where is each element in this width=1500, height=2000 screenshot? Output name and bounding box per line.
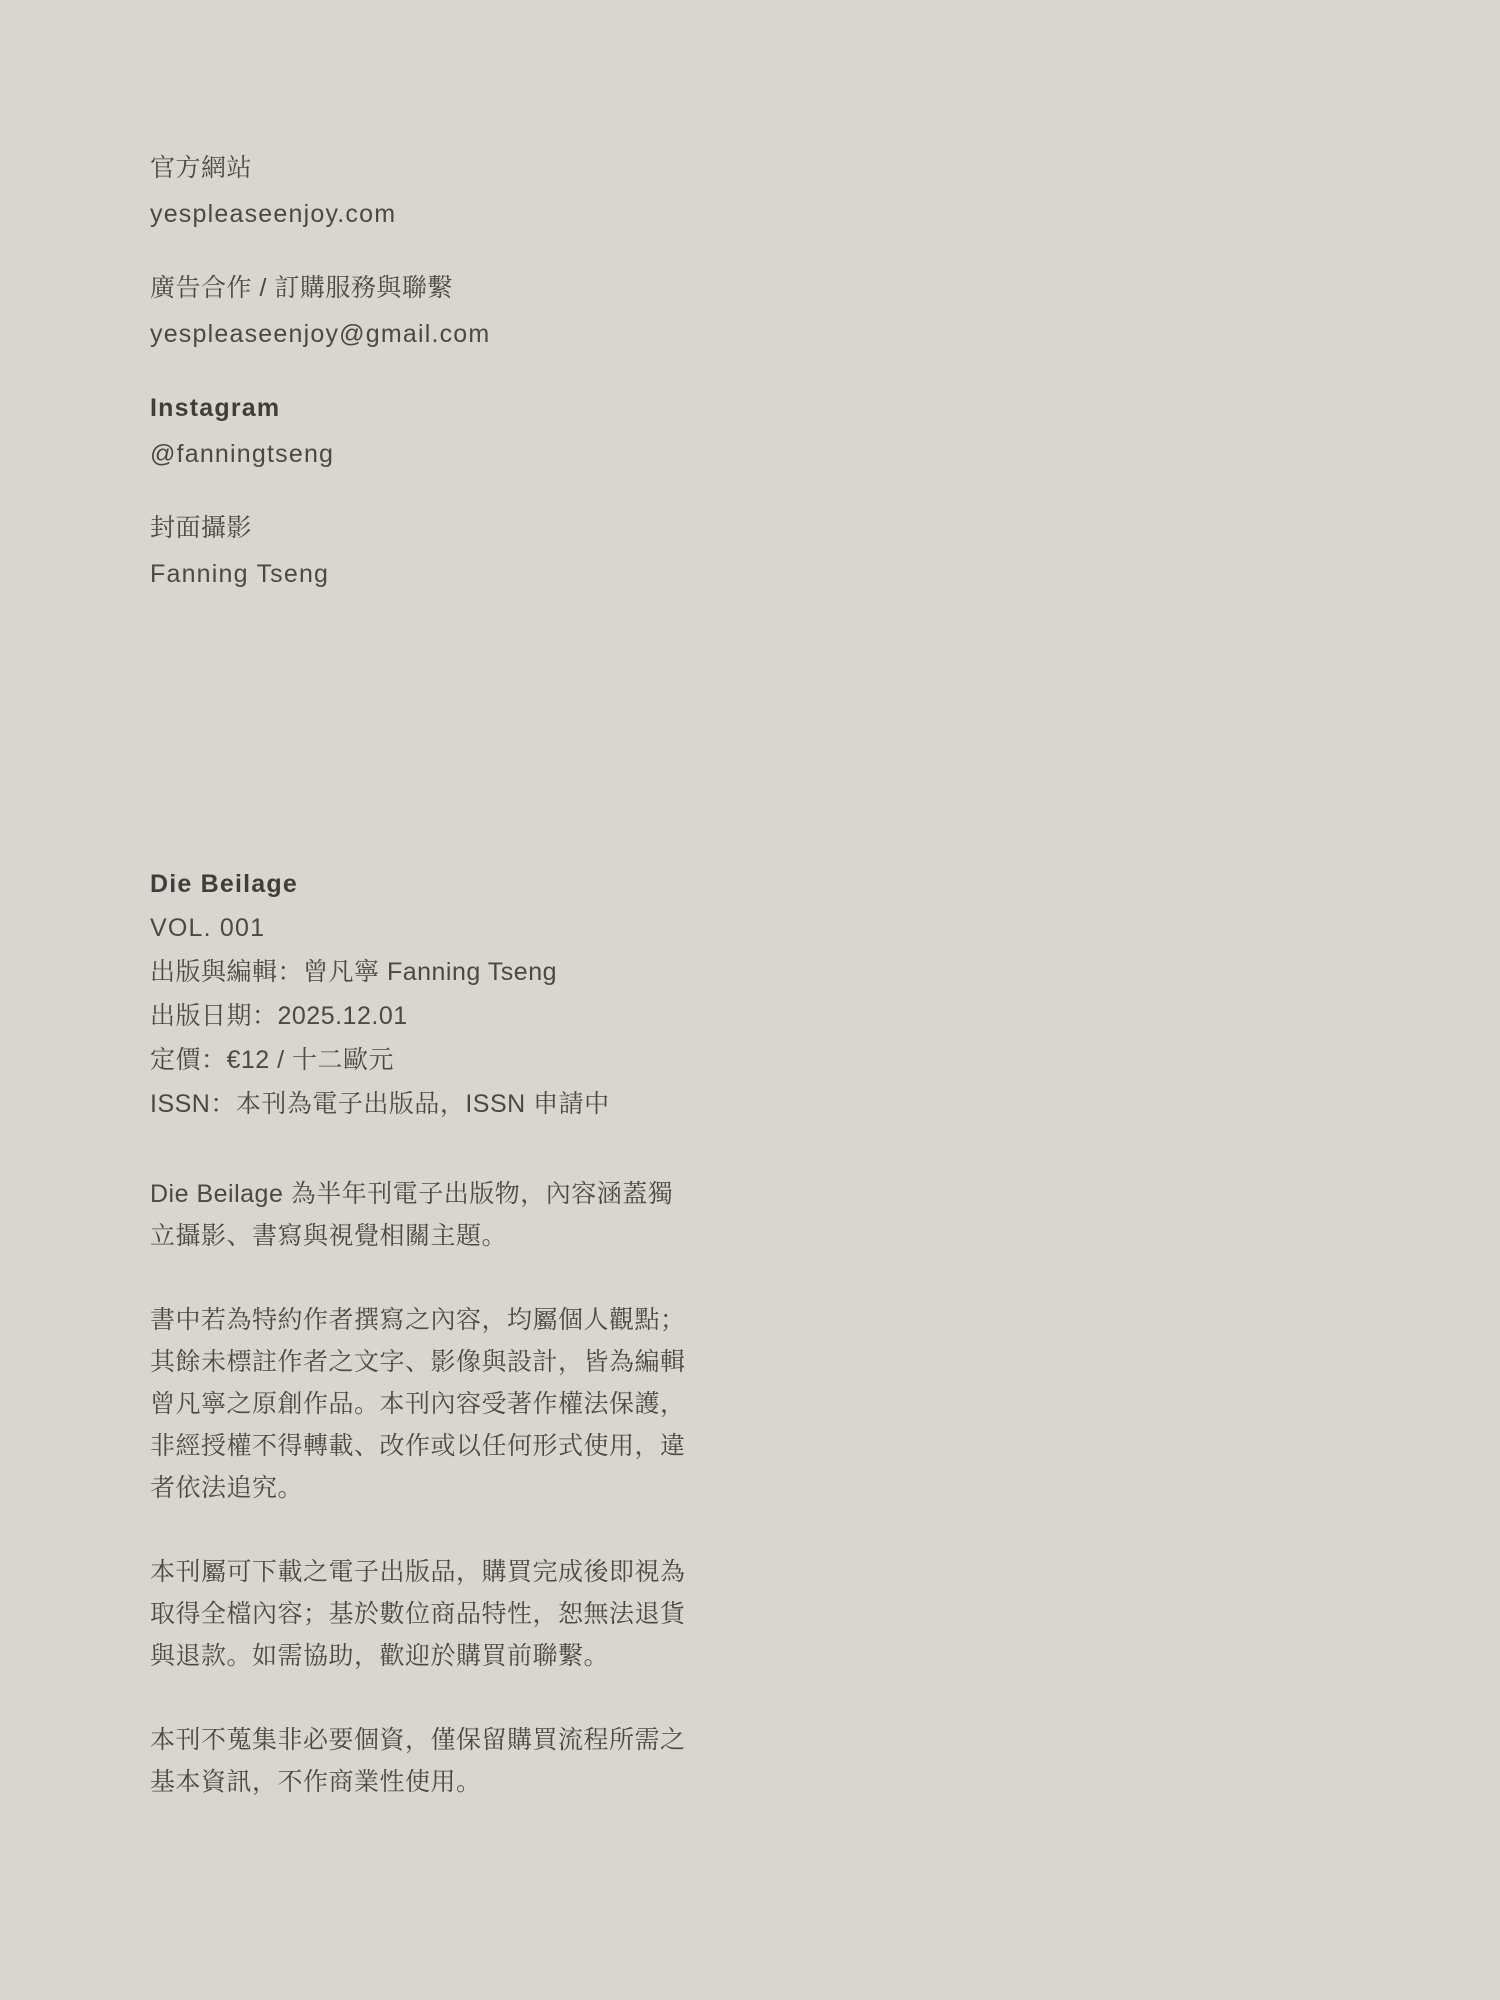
contact-value-email: yespleaseenjoy@gmail.com xyxy=(150,311,690,357)
colophon-line-price: 定價：€12 / 十二歐元 xyxy=(150,1038,690,1082)
publication-info-section: Die Beilage VOL. 001 出版與編輯：曾凡寧 Fanning T… xyxy=(150,862,690,1126)
contact-item-email: 廣告合作 / 訂購服務與聯繫 yespleaseenjoy@gmail.com xyxy=(150,265,690,357)
colophon-page: 官方網站 yespleaseenjoy.com 廣告合作 / 訂購服務與聯繫 y… xyxy=(0,0,1500,2000)
text-column: 官方網站 yespleaseenjoy.com 廣告合作 / 訂購服務與聯繫 y… xyxy=(150,145,690,1845)
contact-item-cover-photo: 封面攝影 Fanning Tseng xyxy=(150,505,690,597)
colophon-line-publish-date: 出版日期：2025.12.01 xyxy=(150,994,690,1038)
contact-item-instagram: Instagram @fanningtseng xyxy=(150,385,690,477)
contact-value-instagram-handle: @fanningtseng xyxy=(150,431,690,477)
colophon-line-editor: 出版與編輯：曾凡寧 Fanning Tseng xyxy=(150,950,690,994)
refund-policy-paragraph: 本刊屬可下載之電子出版品，購買完成後即視為取得全檔內容；基於數位商品特性，恕無法… xyxy=(150,1551,690,1677)
contact-info-section: 官方網站 yespleaseenjoy.com 廣告合作 / 訂購服務與聯繫 y… xyxy=(150,145,690,597)
contact-label-email: 廣告合作 / 訂購服務與聯繫 xyxy=(150,265,690,311)
publication-title: Die Beilage xyxy=(150,862,690,906)
about-publication-paragraph: Die Beilage 為半年刊電子出版物，內容涵蓋獨立攝影、書寫與視覺相關主題… xyxy=(150,1173,690,1257)
contact-value-website: yespleaseenjoy.com xyxy=(150,191,690,237)
colophon-line-volume: VOL. 001 xyxy=(150,906,690,950)
colophon-line-issn: ISSN：本刊為電子出版品，ISSN 申請中 xyxy=(150,1082,690,1126)
privacy-paragraph: 本刊不蒐集非必要個資，僅保留購買流程所需之基本資訊，不作商業性使用。 xyxy=(150,1719,690,1803)
legal-notes-section: Die Beilage 為半年刊電子出版物，內容涵蓋獨立攝影、書寫與視覺相關主題… xyxy=(150,1173,690,1803)
contact-label-cover-photo: 封面攝影 xyxy=(150,505,690,551)
copyright-paragraph: 書中若為特約作者撰寫之內容，均屬個人觀點；其餘未標註作者之文字、影像與設計，皆為… xyxy=(150,1299,690,1509)
contact-label-instagram: Instagram xyxy=(150,385,690,431)
contact-item-website: 官方網站 yespleaseenjoy.com xyxy=(150,145,690,237)
contact-label-website: 官方網站 xyxy=(150,145,690,191)
contact-value-cover-photographer: Fanning Tseng xyxy=(150,551,690,597)
